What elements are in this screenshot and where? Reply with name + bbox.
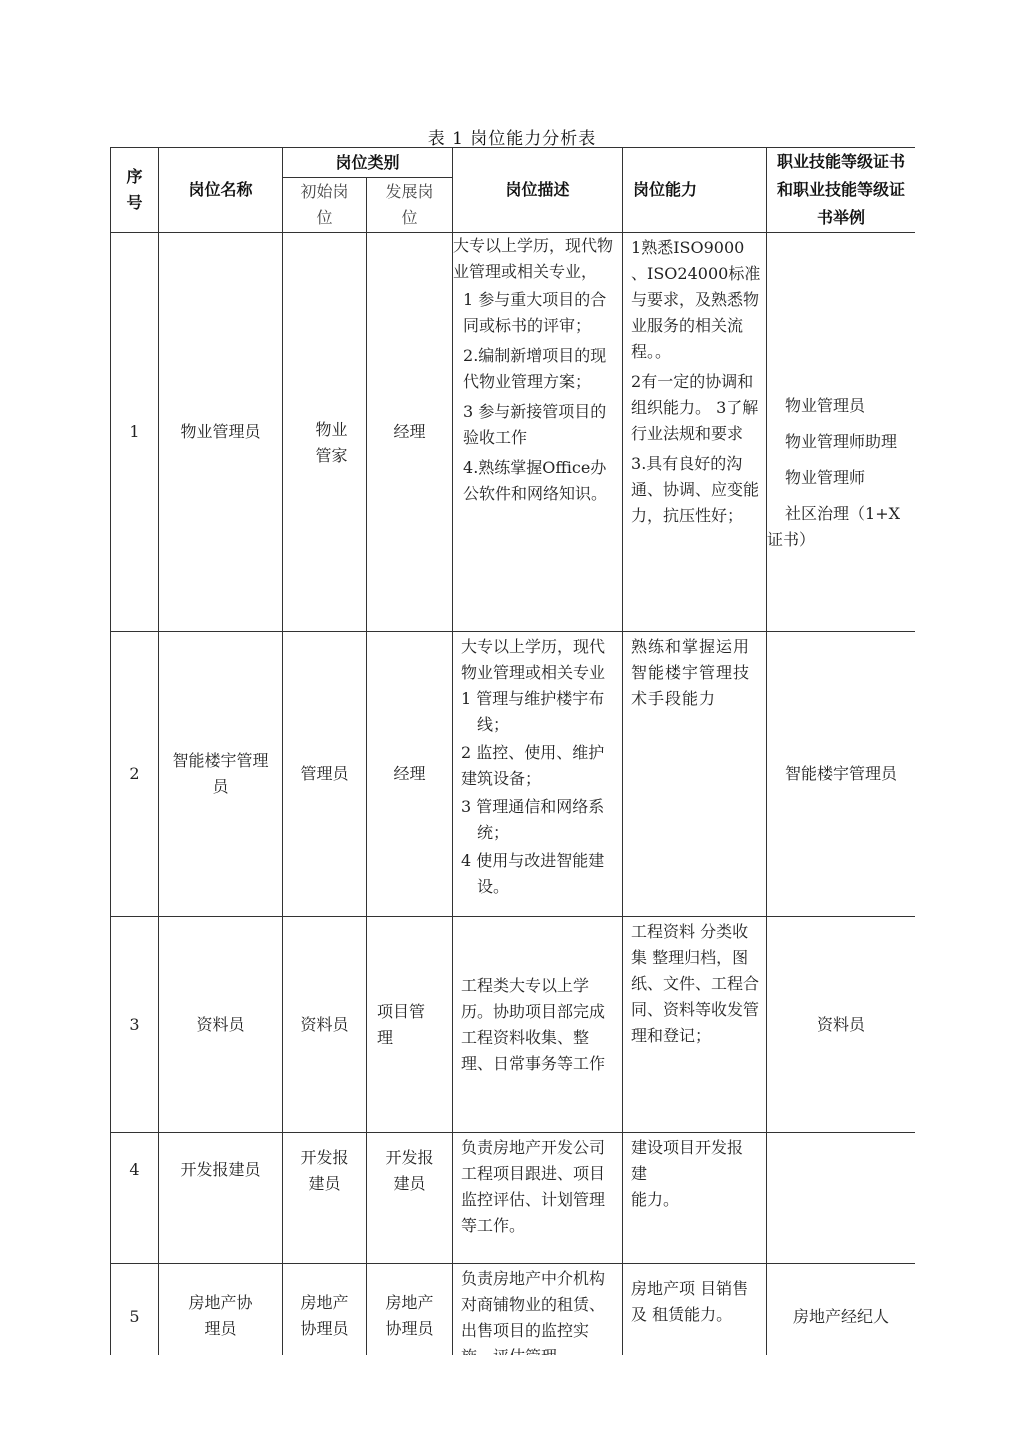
header-description: 岗位描述: [453, 148, 623, 233]
table-row: 1 物业管理员 物业管家 经理 大专以上学历，现代物业管理或相关专业， 1 参与…: [111, 233, 916, 632]
cell-development: 经理: [367, 632, 453, 917]
cell-description: 工程类大专以上学历。协助项目部完成工程资料收集、整理、日常事务等工作: [453, 917, 623, 1133]
header-ability: 岗位能力: [623, 148, 767, 233]
cell-ability: 1熟悉ISO9000 、ISO24000标准与要求，及熟悉物业服务的相关流程。。…: [623, 233, 767, 632]
cell-development: 项目管理: [367, 917, 453, 1133]
cell-initial: 资料员: [283, 917, 367, 1133]
cell-development: 经理: [367, 233, 453, 632]
header-seq: 序号: [111, 148, 159, 233]
cell-ability: 房地产项 目销售及 租赁能力。: [623, 1264, 767, 1356]
table-row: 5 房地产协理员 房地产协理员 房地产协理员 负责房地产中介机构对商铺物业的租赁…: [111, 1264, 916, 1356]
header-initial: 初始岗位: [283, 178, 367, 233]
cell-initial: 管理员: [283, 632, 367, 917]
cell-name: 物业管理员: [159, 233, 283, 632]
cell-description: 大专以上学历，现代物业管理或相关专业， 1 参与重大项目的合同或标书的评审； 2…: [453, 233, 623, 632]
cell-initial: 物业管家: [283, 233, 367, 632]
cell-seq: 2: [111, 632, 159, 917]
cell-certificates: 物业管理员 物业管理师助理 物业管理师 社区治理（1+X证书）: [767, 233, 915, 632]
cell-description: 大专以上学历，现代物业管理或相关专业 1 管理与维护楼宇布线； 2 监控、使用、…: [453, 632, 623, 917]
cell-ability: 熟练和掌握运用智能楼宇管理技术手段能力: [623, 632, 767, 917]
cell-certificates: 房地产经纪人: [767, 1264, 915, 1356]
cell-name: 智能楼宇管理员: [159, 632, 283, 917]
cell-certificates: 资料员: [767, 917, 915, 1133]
cell-initial: 开发报建员: [283, 1133, 367, 1264]
header-name: 岗位名称: [159, 148, 283, 233]
cell-ability: 工程资料 分类收集 整理归档，图纸、文件、工程合同、资料等收发管理和登记；: [623, 917, 767, 1133]
cell-seq: 3: [111, 917, 159, 1133]
cell-certificates: [767, 1133, 915, 1264]
cell-seq: 1: [111, 233, 159, 632]
table-row: 3 资料员 资料员 项目管理 工程类大专以上学历。协助项目部完成工程资料收集、整…: [111, 917, 916, 1133]
table-caption: 表 1 岗位能力分析表: [0, 124, 1024, 149]
cell-certificates: 智能楼宇管理员: [767, 632, 915, 917]
header-certificates: 职业技能等级证书和职业技能等级证书举例: [767, 148, 915, 233]
cell-development: 开发报建员: [367, 1133, 453, 1264]
header-category: 岗位类别: [283, 148, 453, 178]
table-row: 2 智能楼宇管理员 管理员 经理 大专以上学历，现代物业管理或相关专业 1 管理…: [111, 632, 916, 917]
cell-initial: 房地产协理员: [283, 1264, 367, 1356]
table-row: 4 开发报建员 开发报建员 开发报建员 负责房地产开发公司工程项目跟进、项目监控…: [111, 1133, 916, 1264]
position-ability-table: 序号 岗位名称 岗位类别 岗位描述 岗位能力 职业技能等级证书和职业技能等级证书…: [110, 147, 915, 1355]
cell-seq: 4: [111, 1133, 159, 1264]
cell-name: 房地产协理员: [159, 1264, 283, 1356]
cell-description: 负责房地产中介机构对商铺物业的租赁、出售项目的监控实施、评估管理: [453, 1264, 623, 1356]
cell-development: 房地产协理员: [367, 1264, 453, 1356]
cell-ability: 建设项目开发报建 能力。: [623, 1133, 767, 1264]
cell-name: 资料员: [159, 917, 283, 1133]
cell-seq: 5: [111, 1264, 159, 1356]
header-development: 发展岗位: [367, 178, 453, 233]
cell-description: 负责房地产开发公司工程项目跟进、项目监控评估、计划管理等工作。: [453, 1133, 623, 1264]
cell-name: 开发报建员: [159, 1133, 283, 1264]
